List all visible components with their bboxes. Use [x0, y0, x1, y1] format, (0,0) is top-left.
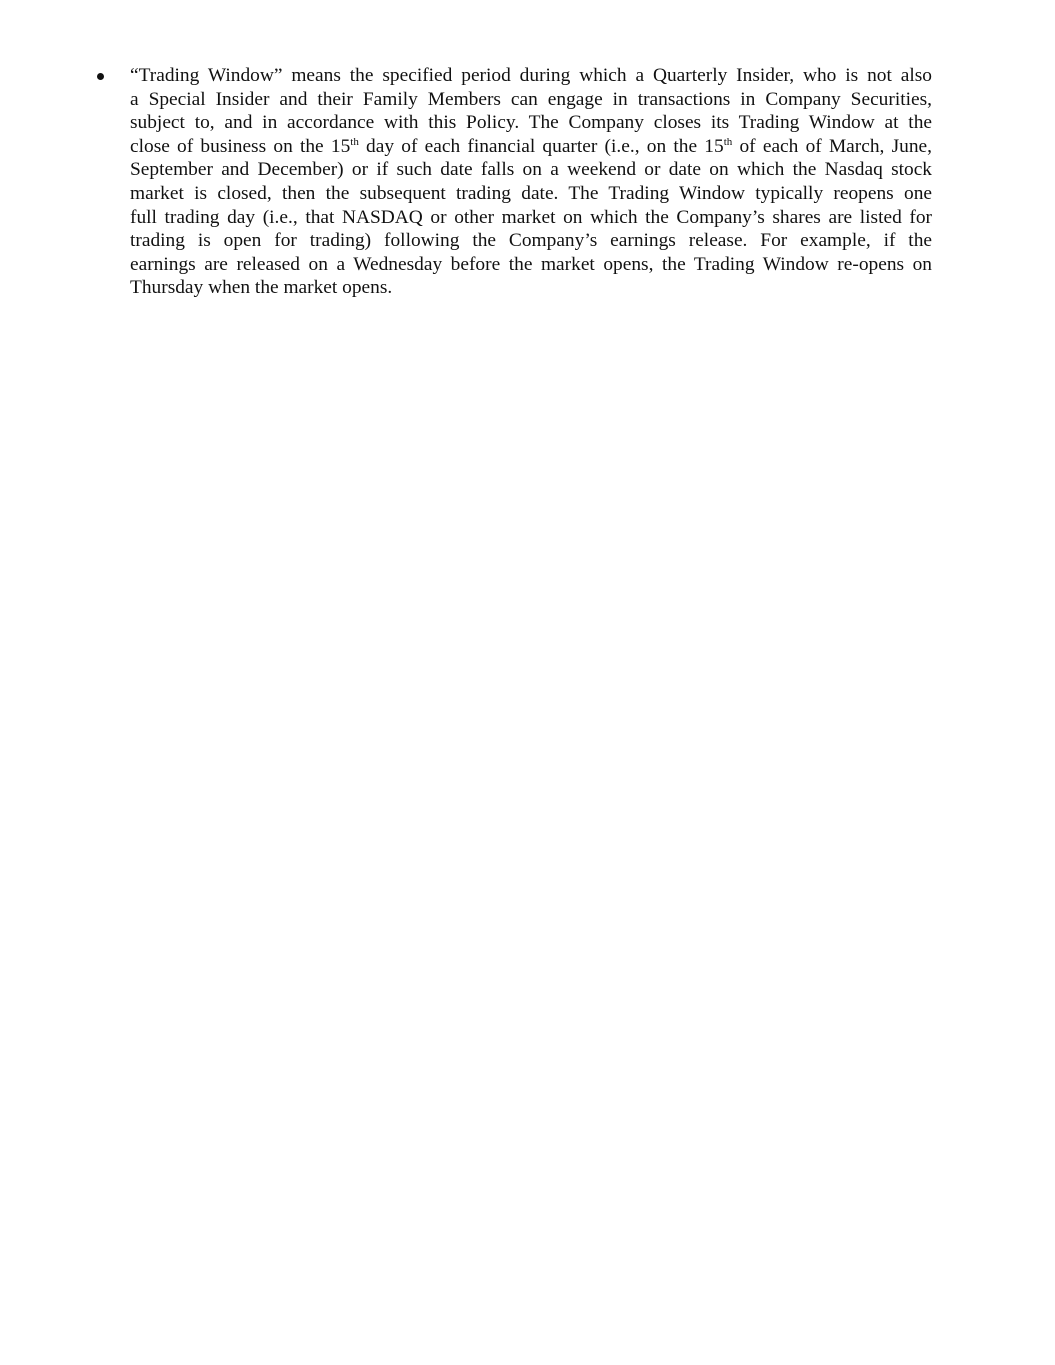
text-line: trading is open for trading) following t…: [130, 229, 932, 253]
bullet-icon: [96, 64, 104, 88]
text-line: Thursday when the market opens.: [130, 276, 932, 300]
text-line: market is closed, then the subsequent tr…: [130, 182, 932, 206]
text-fragment: close of business on the 15: [130, 136, 350, 157]
text-line: full trading day (i.e., that NASDAQ or o…: [130, 206, 932, 230]
document-page: “Trading Window” means the specified per…: [0, 0, 1055, 1365]
trading-window-definition: “Trading Window” means the specified per…: [130, 64, 932, 300]
text-line: “Trading Window” means the specified per…: [130, 64, 932, 88]
text-line: earnings are released on a Wednesday bef…: [130, 253, 932, 277]
ordinal-suffix: th: [724, 136, 733, 148]
text-line: September and December) or if such date …: [130, 158, 932, 182]
text-line: a Special Insider and their Family Membe…: [130, 88, 932, 112]
text-fragment: day of each financial quarter (i.e., on …: [359, 136, 724, 157]
text-line: subject to, and in accordance with this …: [130, 111, 932, 135]
text-fragment: of each of March, June,: [732, 136, 932, 157]
text-line: close of business on the 15th day of eac…: [130, 135, 932, 159]
ordinal-suffix: th: [350, 136, 359, 148]
